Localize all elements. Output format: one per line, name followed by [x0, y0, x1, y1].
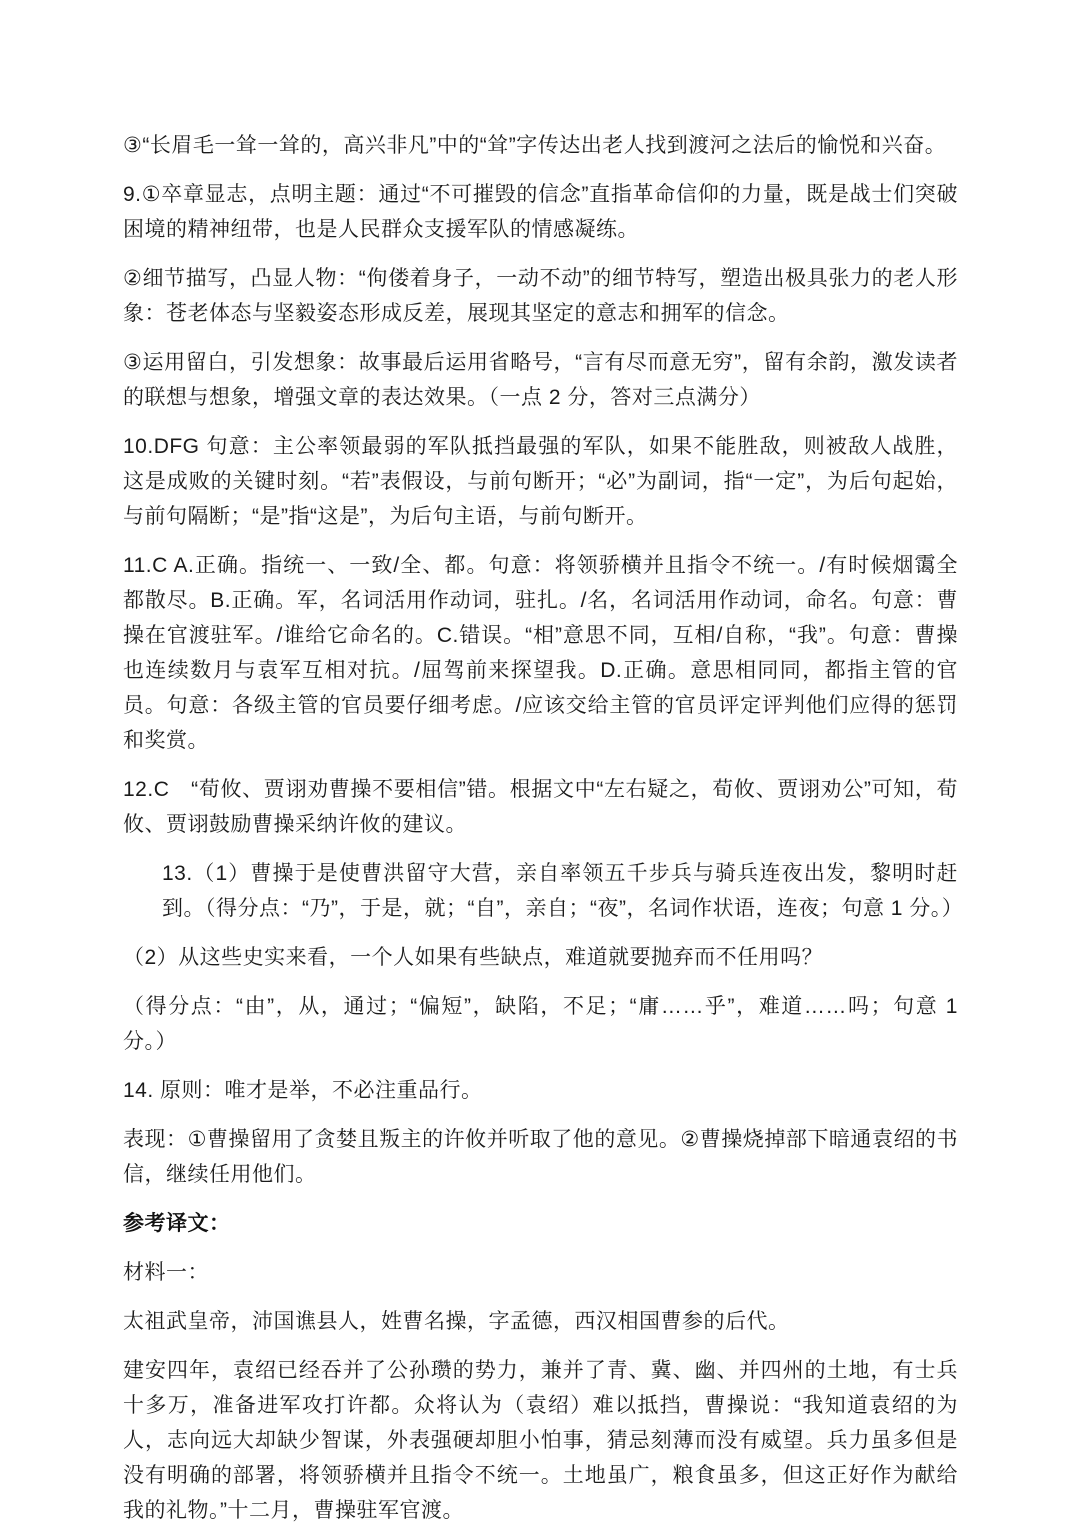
material-one-label: 材料一： [123, 1255, 958, 1290]
paragraph-answer-9-point-3: ③运用留白，引发想象：故事最后运用省略号，“言有尽而意无穷”，留有余韵，激发读者… [123, 345, 958, 415]
paragraph-answer-11: 11.C A.正确。指统一、一致/全、都。句意：将领骄横并且指令不统一。/有时候… [123, 548, 958, 758]
document-body: ③“长眉毛一耸一耸的，高兴非凡”中的“耸”字传达出老人找到渡河之法后的愉悦和兴奋… [123, 128, 958, 1528]
paragraph-answer-8-point-3: ③“长眉毛一耸一耸的，高兴非凡”中的“耸”字传达出老人找到渡河之法后的愉悦和兴奋… [123, 128, 958, 163]
paragraph-answer-13-2: （2）从这些史实来看，一个人如果有些缺点，难道就要抛弃而不任用吗？ [123, 940, 958, 975]
paragraph-answer-13-1: 13.（1）曹操于是使曹洪留守大营，亲自率领五千步兵与骑兵连夜出发，黎明时赶到。… [162, 856, 958, 926]
paragraph-answer-9-point-2: ②细节描写，凸显人物：“佝偻着身子，一动不动”的细节特写，塑造出极具张力的老人形… [123, 261, 958, 331]
paragraph-answer-9-point-1: 9.①卒章显志，点明主题：通过“不可摧毁的信念”直指革命信仰的力量，既是战士们突… [123, 177, 958, 247]
paragraph-translation-1: 太祖武皇帝，沛国谯县人，姓曹名操，字孟德，西汉相国曹参的后代。 [123, 1304, 958, 1339]
paragraph-answer-10: 10.DFG 句意：主公率领最弱的军队抵挡最强的军队，如果不能胜敌，则被敌人战胜… [123, 429, 958, 534]
paragraph-answer-14-performance: 表现：①曹操留用了贪婪且叛主的许攸并听取了他的意见。②曹操烧掉部下暗通袁绍的书信… [123, 1122, 958, 1192]
paragraph-translation-2: 建安四年，袁绍已经吞并了公孙瓒的势力，兼并了青、冀、幽、并四州的土地，有士兵十多… [123, 1353, 958, 1528]
reference-translation-heading: 参考译文： [123, 1206, 958, 1241]
paragraph-answer-13-2-notes: （得分点：“由”，从，通过；“偏短”，缺陷，不足；“庸……乎”，难道……吗；句意… [123, 989, 958, 1059]
paragraph-answer-12: 12.C “荀攸、贾诩劝曹操不要相信”错。根据文中“左右疑之，荀攸、贾诩劝公”可… [123, 772, 958, 842]
paragraph-answer-14-principle: 14. 原则：唯才是举，不必注重品行。 [123, 1073, 958, 1108]
document-page: ③“长眉毛一耸一耸的，高兴非凡”中的“耸”字传达出老人找到渡河之法后的愉悦和兴奋… [0, 0, 1080, 1528]
